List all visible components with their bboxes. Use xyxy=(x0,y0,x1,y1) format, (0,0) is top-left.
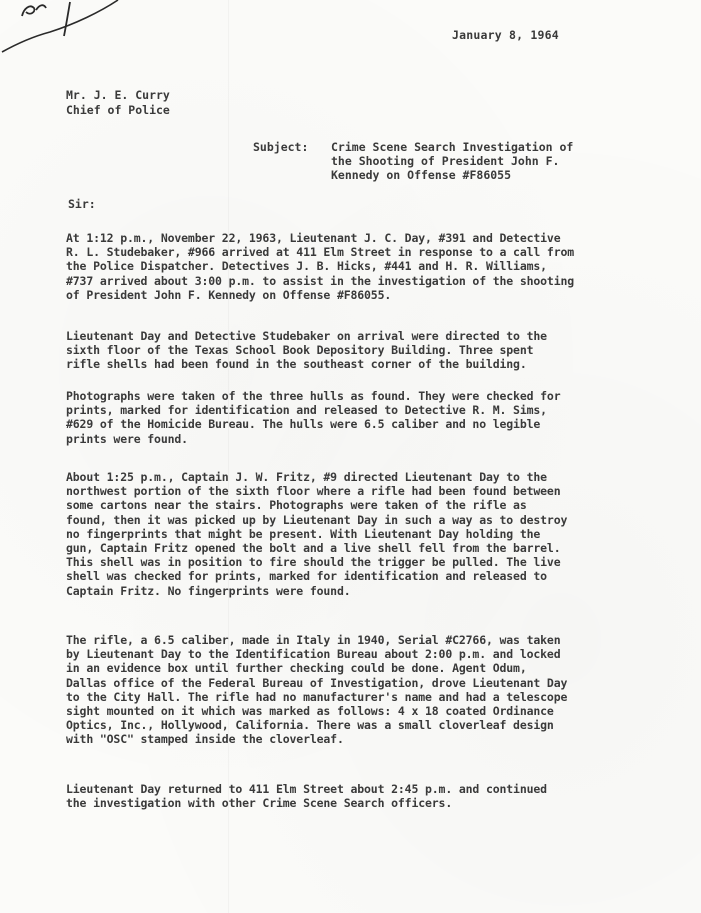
paragraph-sixth-floor: Lieutenant Day and Detective Studebaker … xyxy=(66,329,701,372)
addressee-name: Mr. J. E. Curry xyxy=(66,88,170,103)
paragraph-rifle-found: About 1:25 p.m., Captain J. W. Fritz, #9… xyxy=(66,470,701,598)
paragraph-rifle-description: The rifle, a 6.5 caliber, made in Italy … xyxy=(66,633,701,747)
paper-fold-line xyxy=(228,0,229,913)
salutation: Sir: xyxy=(68,197,96,211)
addressee-block: Mr. J. E. Curry Chief of Police xyxy=(66,88,170,118)
document-page: January 8, 1964 Mr. J. E. Curry Chief of… xyxy=(0,0,701,913)
paragraph-arrival: At 1:12 p.m., November 22, 1963, Lieuten… xyxy=(66,231,701,302)
letter-date: January 8, 1964 xyxy=(452,28,559,42)
subject-text: Crime Scene Search Investigation of the … xyxy=(331,140,631,182)
handwritten-signature-mark xyxy=(0,0,160,60)
paragraph-hulls: Photographs were taken of the three hull… xyxy=(66,389,701,446)
paragraph-return: Lieutenant Day returned to 411 Elm Stree… xyxy=(66,782,701,810)
subject-block: Subject: Crime Scene Search Investigatio… xyxy=(253,140,631,182)
subject-label: Subject: xyxy=(253,140,331,182)
addressee-title: Chief of Police xyxy=(66,103,170,118)
